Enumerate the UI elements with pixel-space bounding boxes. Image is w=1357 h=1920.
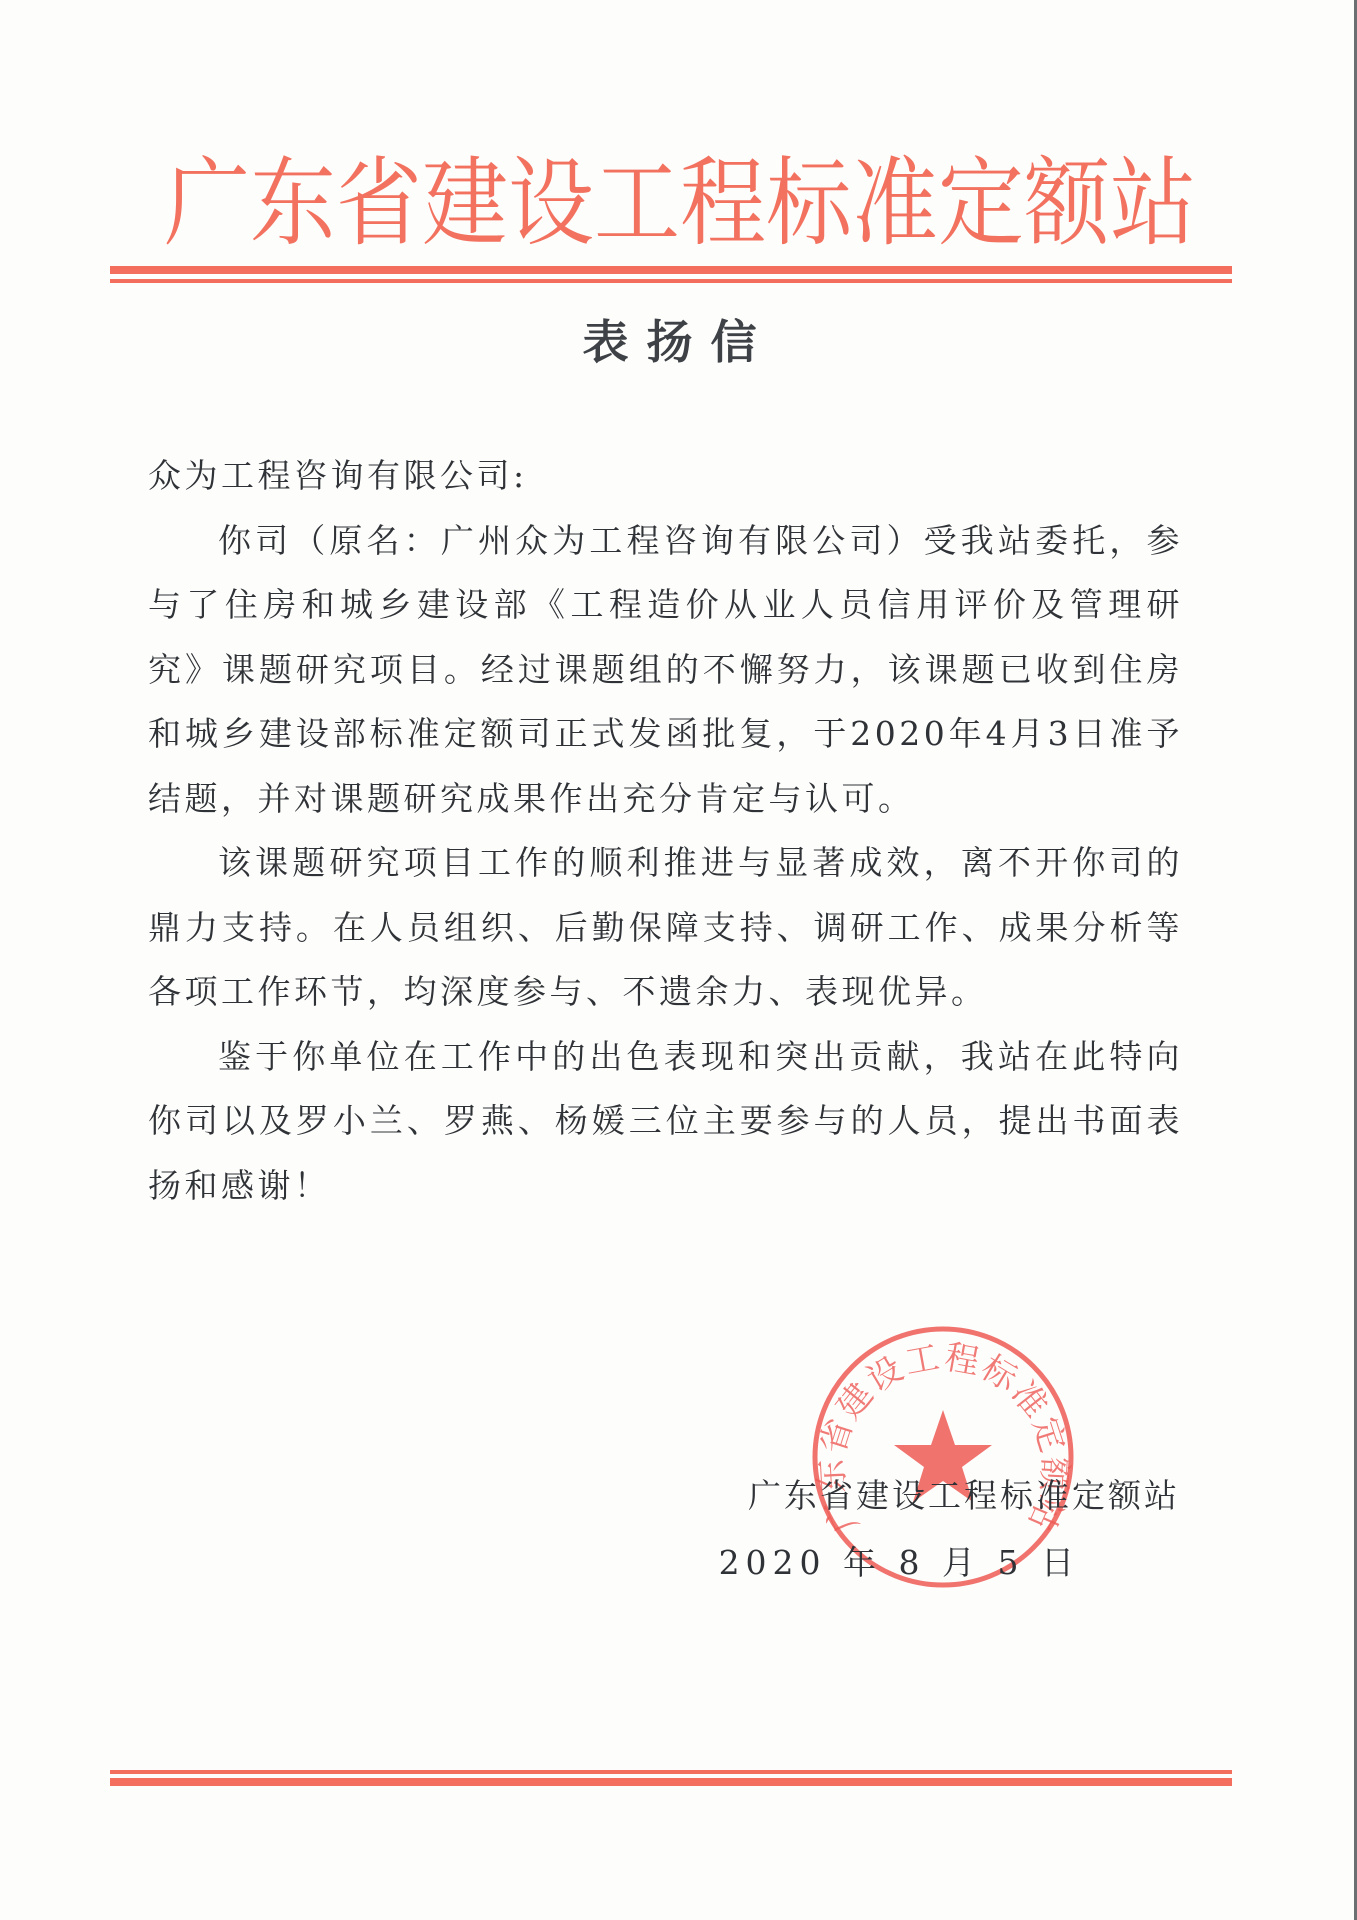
letter-body: 众为工程咨询有限公司: 你司（原名：广州众为工程咨询有限公司）受我站委托，参与了…	[148, 444, 1183, 1218]
footer-rule-thick	[110, 1778, 1232, 1786]
signature-date: 2020 年 8 月 5 日	[700, 1537, 1080, 1584]
paragraph-3: 鉴于你单位在工作中的出色表现和突出贡献，我站在此特向你司以及罗小兰、罗燕、杨媛三…	[148, 1025, 1183, 1219]
letterhead-title: 广东省建设工程标准定额站	[110, 148, 1250, 260]
header-rule-thin	[110, 279, 1232, 283]
paragraph-1: 你司（原名：广州众为工程咨询有限公司）受我站委托，参与了住房和城乡建设部《工程造…	[148, 509, 1183, 832]
paragraph-2: 该课题研究项目工作的顺利推进与显著成效，离不开你司的鼎力支持。在人员组织、后勤保…	[148, 831, 1183, 1025]
salutation: 众为工程咨询有限公司:	[148, 444, 1183, 509]
footer-rule-thin	[110, 1770, 1232, 1774]
document-title: 表扬信	[0, 306, 1357, 372]
header-rule-thick	[110, 266, 1232, 274]
signature-organization: 广东省建设工程标准定额站	[700, 1470, 1180, 1517]
